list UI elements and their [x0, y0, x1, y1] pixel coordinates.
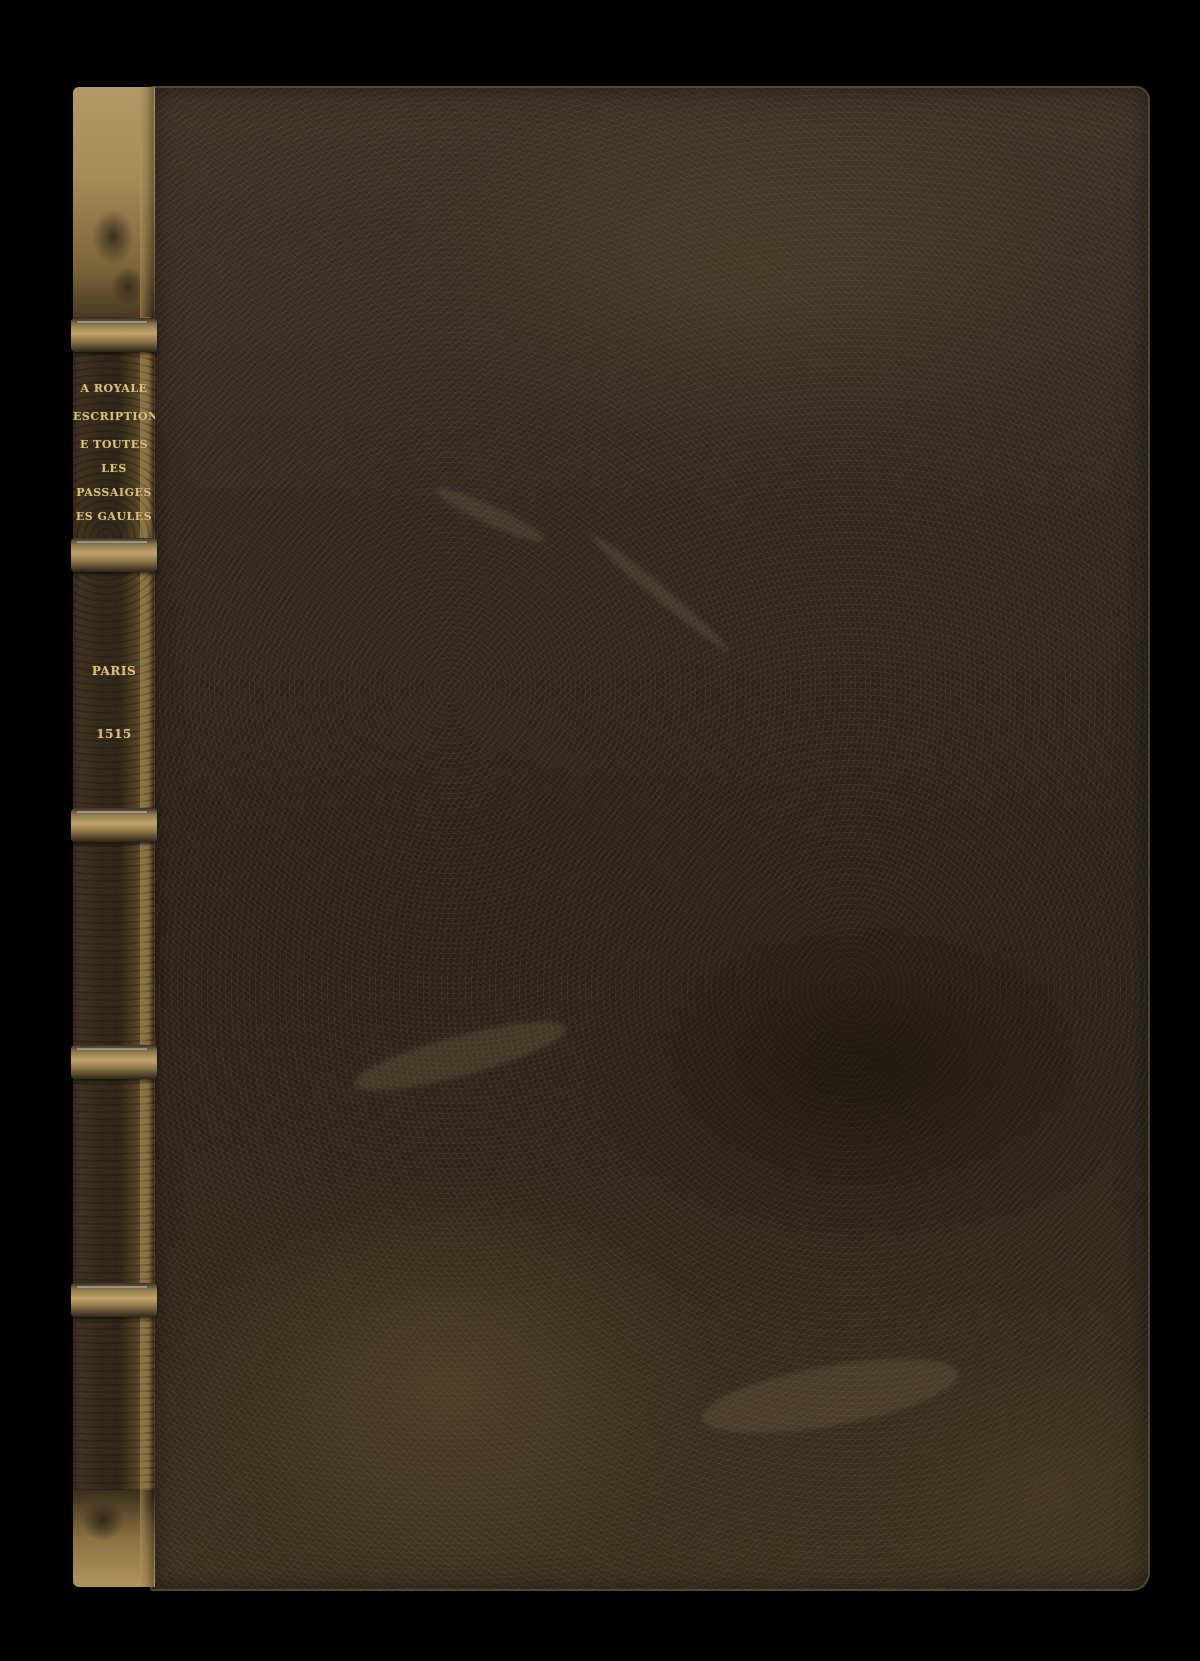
spine-title-line: E TOUTES: [73, 438, 155, 451]
raised-band: [71, 538, 157, 572]
raised-band: [71, 1045, 157, 1079]
scuff-mark: [349, 1008, 572, 1104]
scuff-mark: [587, 530, 734, 656]
spine-title-line: PASSAIGES: [73, 486, 155, 499]
spine-year: 1515: [73, 727, 155, 741]
scuff-mark: [697, 1344, 963, 1448]
raised-band: [71, 318, 157, 352]
raised-band: [71, 808, 157, 842]
book-front-cover: [150, 86, 1150, 1591]
photo-scene: A ROYALE ESCRIPTION E TOUTES LES PASSAIG…: [0, 0, 1200, 1661]
spine-title-line: LES: [73, 462, 155, 475]
spine-place: PARIS: [73, 664, 155, 678]
raised-band: [71, 1283, 157, 1317]
spine-title-line: A ROYALE: [73, 382, 155, 395]
spine-title-line: ESCRIPTION: [73, 410, 155, 423]
spine-title-line: ES GAULES: [73, 510, 155, 523]
scuff-mark: [432, 481, 548, 548]
